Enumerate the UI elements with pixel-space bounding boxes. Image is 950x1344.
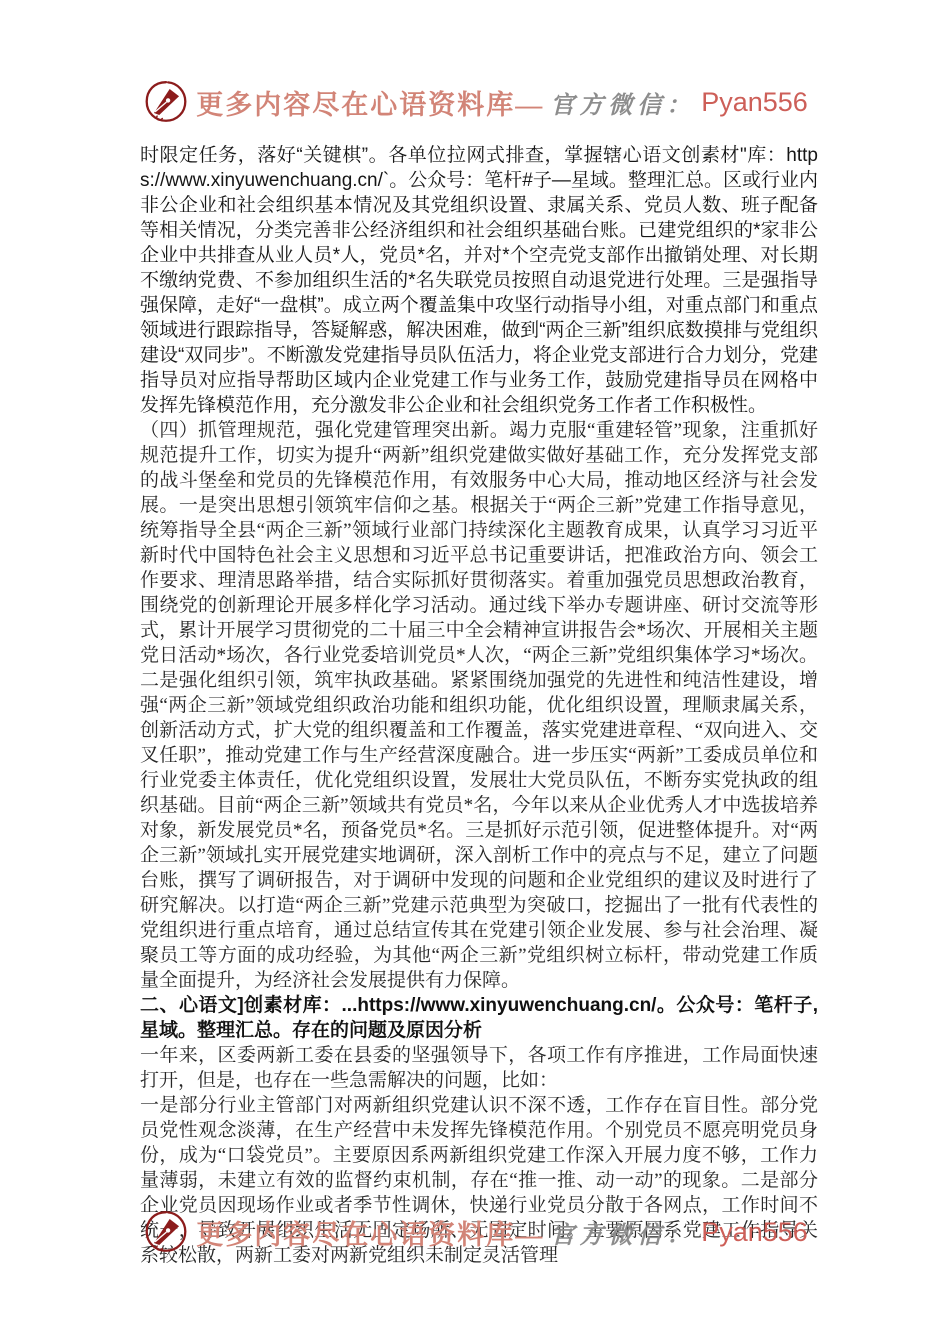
header-brand-text: 更多内容尽在心语资料库— — [196, 83, 544, 122]
pen-nib-logo-icon — [142, 78, 190, 126]
footer-brand-text: 更多内容尽在心语资料库— — [196, 1213, 544, 1252]
document-text-area: 时限定任务，落好“关键棋”。各单位拉网式排查，掌握辖心语文创素材"库：https… — [140, 143, 818, 1268]
paragraph-continuation: 时限定任务，落好“关键棋”。各单位拉网式排查，掌握辖心语文创素材"库：https… — [140, 143, 818, 418]
header-wechat-label: 官方微信： — [550, 85, 695, 120]
footer-wechat-id: Pyan556 — [701, 1217, 808, 1248]
heading-section-two: 二、心语文]创素材库：...https://www.xinyuwenchuang… — [140, 993, 818, 1043]
paragraph-intro-problems: 一年来，区委两新工委在县委的坚强领导下，各项工作有序推进，工作局面快速打开，但是… — [140, 1043, 818, 1093]
paragraph-section-four: （四）抓管理规范，强化党建管理突出新。竭力克服“重建轻管”现象，注重抓好规范提升… — [140, 418, 818, 993]
footer-wechat-label: 官方微信： — [550, 1215, 695, 1250]
pen-nib-logo-icon — [142, 1208, 190, 1256]
header-wechat-id: Pyan556 — [701, 87, 808, 118]
header-brandbar: 更多内容尽在心语资料库— 官方微信： Pyan556 — [0, 78, 950, 126]
footer-brandbar: 更多内容尽在心语资料库— 官方微信： Pyan556 — [0, 1208, 950, 1256]
document-page: 更多内容尽在心语资料库— 官方微信： Pyan556 时限定任务，落好“关键棋”… — [0, 0, 950, 1344]
